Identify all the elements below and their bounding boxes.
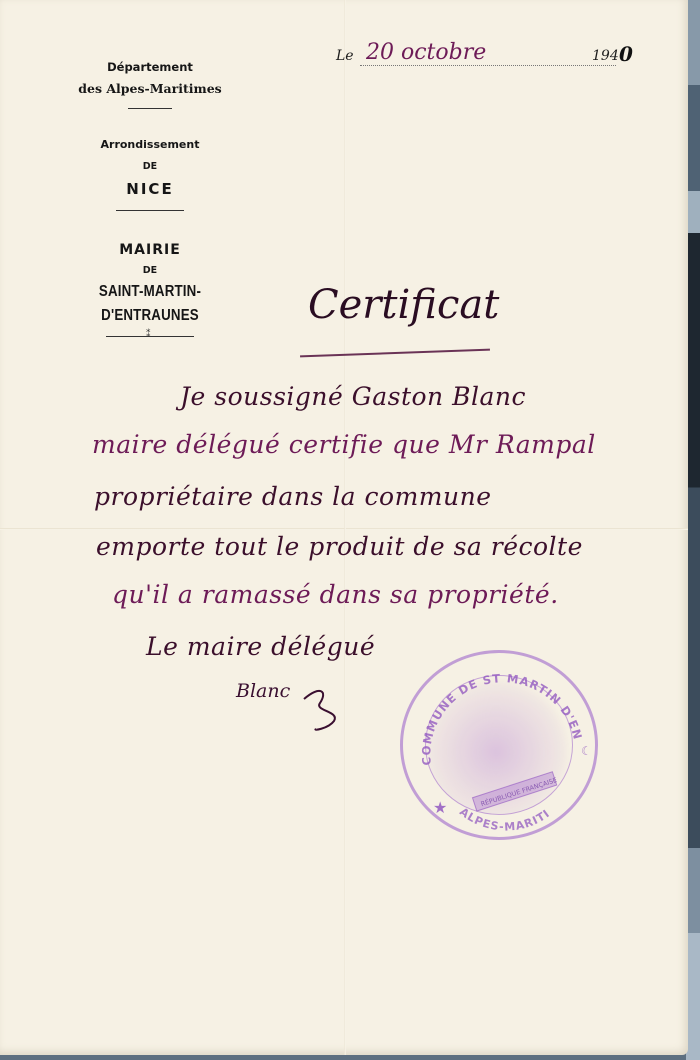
divider-2: [116, 210, 184, 211]
date-line: Le 20 octobre 194 0: [336, 48, 636, 64]
mairie-label: MAIRIE: [40, 238, 260, 262]
signature-flourish: [300, 685, 350, 735]
letterhead-departement: Département des Alpes-Maritimes: [40, 56, 260, 100]
departement-name: des Alpes-Maritimes: [40, 78, 260, 100]
date-year-suffix: 0: [619, 42, 633, 66]
divider-1: [128, 108, 172, 109]
body-line-4: emporte tout le produit de sa récolte: [96, 532, 583, 561]
letterhead-mairie: MAIRIE DE SAINT-MARTIN-D'ENTRAUNES: [40, 238, 260, 328]
ornament-divider: ⁑: [106, 333, 194, 339]
vertical-fold: [344, 0, 346, 1055]
date-dotted-line: [360, 65, 616, 66]
arrondissement-de: DE: [40, 156, 260, 178]
arrondissement-name: NICE: [40, 178, 260, 200]
body-line-1: Je soussigné Gaston Blanc: [180, 382, 526, 411]
body-line-3: propriétaire dans la commune: [94, 482, 491, 511]
body-line-2: maire délégué certifie que Mr Rampal: [92, 430, 596, 459]
mairie-name: SAINT-MARTIN-D'ENTRAUNES: [55, 280, 244, 328]
departement-label: Département: [40, 56, 260, 78]
stamp-emblem: [425, 675, 573, 815]
closing-line: Le maire délégué: [146, 632, 375, 661]
official-stamp: COMMUNE DE ST MARTIN D'ENTRAUNES ALPES-M…: [400, 650, 598, 840]
date-day-month: 20 octobre: [366, 40, 486, 65]
certificate-paper: Département des Alpes-Maritimes Arrondis…: [0, 0, 688, 1055]
stamp-crescent-icon: ☾: [581, 744, 592, 758]
stamp-star-icon: ★: [433, 800, 447, 817]
letterhead-arrondissement: Arrondissement DE NICE: [40, 134, 260, 200]
mairie-de: DE: [40, 262, 260, 280]
certificate-title: Certificat: [308, 282, 499, 328]
date-year-prefix: 194: [592, 48, 619, 64]
arrondissement-label: Arrondissement: [40, 134, 260, 156]
scan-background: [686, 0, 700, 1060]
date-prefix: Le: [336, 48, 354, 64]
mayor-signature: Blanc: [236, 680, 290, 702]
title-underline: [300, 349, 490, 358]
body-line-5: qu'il a ramassé dans sa propriété.: [112, 580, 559, 609]
